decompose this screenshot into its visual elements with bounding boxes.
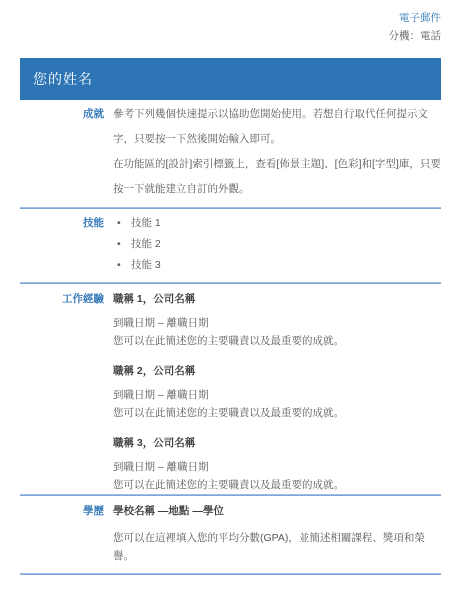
job-title: 職稱 2，公司名稱 <box>113 362 441 380</box>
job-dates: 到職日期 – 離職日期 <box>113 458 441 476</box>
section-experience: 工作經驗 職稱 1，公司名稱 到職日期 – 離職日期 您可以在此簡述您的主要職責… <box>20 284 441 494</box>
experience-body: 職稱 1，公司名稱 到職日期 – 離職日期 您可以在此簡述您的主要職責以及最重要… <box>113 290 441 494</box>
skills-list: •技能 1 •技能 2 •技能 3 <box>113 213 441 276</box>
school-title: 學校名稱 —地點 —學位 <box>113 502 441 520</box>
page-title: 您的姓名 <box>33 71 93 87</box>
job-title: 職稱 1，公司名稱 <box>113 290 441 308</box>
bullet-icon: • <box>117 213 121 234</box>
job-dates: 到職日期 – 離職日期 <box>113 314 441 332</box>
job-description: 您可以在此簡述您的主要職責以及最重要的成就。 <box>113 476 441 494</box>
section-divider <box>20 573 441 575</box>
section-label-skills: 技能 <box>20 213 104 276</box>
list-item: •技能 1 <box>113 213 441 234</box>
section-skills: 技能 •技能 1 •技能 2 •技能 3 <box>20 209 441 282</box>
achievements-paragraph-2: 在功能區的[設計]索引標籤上，查看[佈景主題]、[色彩]和[字型]庫，只要按一下… <box>113 152 441 202</box>
achievements-paragraph-1: 參考下列幾個快速提示以協助您開始使用。若想自行取代任何提示文字，只要按一下然後開… <box>113 102 441 152</box>
job-dates: 到職日期 – 離職日期 <box>113 386 441 404</box>
list-item: •技能 2 <box>113 234 441 255</box>
bullet-icon: • <box>117 234 121 255</box>
achievements-body: 參考下列幾個快速提示以協助您開始使用。若想自行取代任何提示文字，只要按一下然後開… <box>113 102 441 202</box>
skill-text: 技能 3 <box>131 259 161 271</box>
resume-page: 電子郵件 分機：電話 您的姓名 成就 參考下列幾個快速提示以協助您開始使用。若想… <box>0 0 462 600</box>
resume-content: 成就 參考下列幾個快速提示以協助您開始使用。若想自行取代任何提示文字，只要按一下… <box>20 100 441 575</box>
section-achievements: 成就 參考下列幾個快速提示以協助您開始使用。若想自行取代任何提示文字，只要按一下… <box>20 100 441 207</box>
skills-body: •技能 1 •技能 2 •技能 3 <box>113 213 441 276</box>
job-entry: 職稱 3，公司名稱 到職日期 – 離職日期 您可以在此簡述您的主要職責以及最重要… <box>113 434 441 494</box>
skill-text: 技能 2 <box>131 238 161 250</box>
phone-text: 分機：電話 <box>0 27 441 45</box>
contact-info: 電子郵件 分機：電話 <box>0 0 462 45</box>
section-education: 學歷 學校名稱 —地點 —學位 您可以在這裡填入您的平均分數(GPA)，並簡述相… <box>20 496 441 573</box>
bullet-icon: • <box>117 255 121 276</box>
name-banner: 您的姓名 <box>20 58 441 100</box>
section-label-achievements: 成就 <box>20 102 104 202</box>
list-item: •技能 3 <box>113 255 441 276</box>
education-description: 您可以在這裡填入您的平均分數(GPA)，並簡述相關課程、獎項和榮譽。 <box>113 529 441 565</box>
job-entry: 職稱 1，公司名稱 到職日期 – 離職日期 您可以在此簡述您的主要職責以及最重要… <box>113 290 441 350</box>
section-label-experience: 工作經驗 <box>20 290 104 494</box>
skill-text: 技能 1 <box>131 217 161 229</box>
section-label-education: 學歷 <box>20 502 104 565</box>
job-description: 您可以在此簡述您的主要職責以及最重要的成就。 <box>113 404 441 422</box>
job-entry: 職稱 2，公司名稱 到職日期 – 離職日期 您可以在此簡述您的主要職責以及最重要… <box>113 362 441 422</box>
job-title: 職稱 3，公司名稱 <box>113 434 441 452</box>
education-body: 學校名稱 —地點 —學位 您可以在這裡填入您的平均分數(GPA)，並簡述相關課程… <box>113 502 441 565</box>
job-description: 您可以在此簡述您的主要職責以及最重要的成就。 <box>113 332 441 350</box>
email-text: 電子郵件 <box>0 9 441 27</box>
